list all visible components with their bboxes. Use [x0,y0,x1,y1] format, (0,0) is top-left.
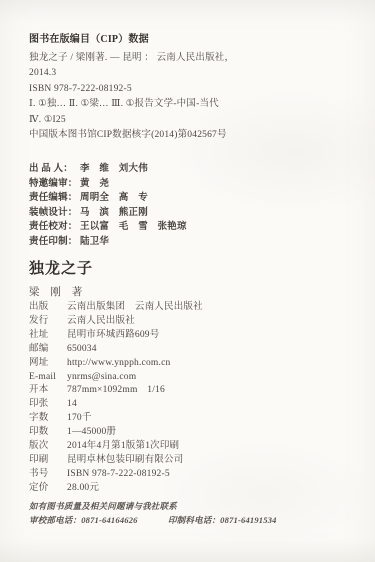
proofreading-dept-phone: 审校部电话：0871-64164626 [29,515,138,525]
credits-label: 责任校对： [29,220,80,235]
credits-value: 王以富 毛 雪 张艳琼 [80,220,187,235]
credits-value: 李 维 刘大伟 [80,162,148,177]
pub-value: 昆明市环城西路609号 [67,329,159,343]
contact-phones: 审校部电话：0871-64164626 印制科电话：0871-64191534 [29,513,355,527]
pub-label: E-mail [29,371,67,385]
printing-dept-phone: 印制科电话：0871-64191534 [168,515,277,525]
pub-label: 出版 [29,301,67,315]
pub-value: 2014年4月第1版第1次印刷 [67,440,179,454]
pub-label: 印刷 [29,454,67,468]
quality-notice-section: 如有图书质量及相关问题请与我社联系 审校部电话：0871-64164626 印制… [29,500,355,527]
pub-label: 版次 [29,440,67,454]
pub-value: ISBN 978-7-222-08192-5 [67,468,170,482]
pub-value: 云南出版集团 云南人民出版社 [67,301,203,315]
pub-row-printer: 印刷 昆明卓林包装印刷有限公司 [29,454,355,468]
pub-label: 定价 [29,482,67,496]
pub-row-edition: 版次 2014年4月第1版第1次印刷 [29,440,355,454]
credits-row-responsible-editor: 责任编辑： 周明全 高 专 [29,191,355,206]
pub-value: 昆明卓林包装印刷有限公司 [67,454,183,468]
pub-value: ynrms@sina.com [67,371,136,385]
book-title: 独龙之子 [29,257,355,278]
pub-row-word-count: 字数 170千 [29,412,355,426]
pub-value: 28.00元 [67,482,99,496]
pub-label: 字数 [29,412,67,426]
cip-line-record-number: 中国版本图书馆CIP数据核字(2014)第042567号 [29,128,355,143]
pub-row-address: 社址 昆明市环城西路609号 [29,329,355,343]
pub-value: 1—45000册 [67,426,116,440]
pub-row-format: 开本 787mm×1092mm 1/16 [29,384,355,398]
cip-line-isbn: ISBN 978-7-222-08192-5 [29,82,355,97]
cip-section: 图书在版编目（CIP）数据 独龙之子 / 梁刚著. — 昆明 ： 云南人民出版社… [29,30,355,143]
credits-label: 责任印制： [29,235,80,250]
pub-row-print-run: 印数 1—45000册 [29,426,355,440]
credits-section: 出 品 人： 李 维 刘大伟 特邀编审： 黄 尧 责任编辑： 周明全 高 专 装… [29,162,355,250]
credits-value: 马 滨 熊正刚 [80,206,148,221]
quality-notice: 如有图书质量及相关问题请与我社联系 [29,500,355,513]
credits-label: 装帧设计： [29,206,80,221]
pub-label: 书号 [29,468,67,482]
cip-line-title: 独龙之子 / 梁刚著. — 昆明 ： 云南人民出版社， [29,51,355,66]
credits-value: 黄 尧 [80,177,109,192]
cip-line-classification: Ⅰ. ①独… Ⅱ. ①梁… Ⅲ. ①报告文学-中国-当代 [29,97,355,112]
credits-row-producer: 出 品 人： 李 维 刘大伟 [29,162,355,177]
pub-label: 社址 [29,329,67,343]
pub-value: 14 [67,398,77,412]
credits-label: 责任编辑： [29,191,80,206]
pub-label: 开本 [29,384,67,398]
pub-row-isbn: 书号 ISBN 978-7-222-08192-5 [29,468,355,482]
pub-row-postcode: 邮编 650034 [29,343,355,357]
pub-row-price: 定价 28.00元 [29,482,355,496]
credits-row-designer: 装帧设计： 马 滨 熊正刚 [29,206,355,221]
pub-label: 印数 [29,426,67,440]
pub-value: 云南人民出版社 [67,315,135,329]
credits-label: 出 品 人： [29,162,80,177]
credits-row-print-supervisor: 责任印制： 陆卫华 [29,235,355,250]
copyright-page: 图书在版编目（CIP）数据 独龙之子 / 梁刚著. — 昆明 ： 云南人民出版社… [0,0,375,562]
pub-row-sheets: 印张 14 [29,398,355,412]
credits-value: 陆卫华 [80,235,109,250]
credits-row-guest-editor: 特邀编审： 黄 尧 [29,177,355,192]
pub-label: 网址 [29,357,67,371]
pub-label: 印张 [29,398,67,412]
cip-header: 图书在版编目（CIP）数据 [29,30,355,45]
cip-line-year: 2014.3 [29,66,355,81]
pub-row-publisher: 出版 云南出版集团 云南人民出版社 [29,301,355,315]
book-author: 梁 刚 著 [29,284,355,299]
pub-row-distributor: 发行 云南人民出版社 [29,315,355,329]
book-title-section: 独龙之子 梁 刚 著 [29,257,355,299]
pub-row-website: 网址 http://www.ynpph.com.cn [29,357,355,371]
pub-value: http://www.ynpph.com.cn [67,357,170,371]
pub-label: 发行 [29,315,67,329]
pub-value: 787mm×1092mm 1/16 [67,384,165,398]
credits-label: 特邀编审： [29,177,80,192]
credits-row-proofreader: 责任校对： 王以富 毛 雪 张艳琼 [29,220,355,235]
credits-value: 周明全 高 专 [80,191,148,206]
cip-line-class-code: Ⅳ. ①I25 [29,113,355,128]
pub-value: 170千 [67,412,92,426]
pub-row-email: E-mail ynrms@sina.com [29,371,355,385]
pub-value: 650034 [67,343,97,357]
publication-info-section: 出版 云南出版集团 云南人民出版社 发行 云南人民出版社 社址 昆明市环城西路6… [29,301,355,496]
pub-label: 邮编 [29,343,67,357]
